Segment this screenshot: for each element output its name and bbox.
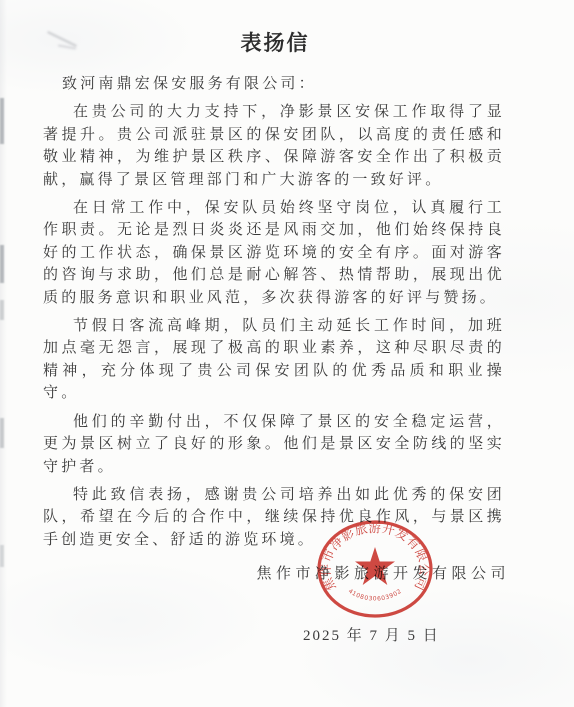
letter-title: 表扬信 — [0, 27, 550, 57]
scanned-letter-page: 表扬信 致河南鼎宏保安服务有限公司： 在贵公司的大力支持下，净影景区安保工作取得… — [0, 0, 574, 707]
letter-paragraph: 特此致信表扬，感谢贵公司培养出如此优秀的保安团队，希望在今后的合作中，继续保持优… — [43, 484, 505, 551]
letter-body: 致河南鼎宏保安服务有限公司： 在贵公司的大力支持下，净影景区安保工作取得了显著提… — [43, 73, 505, 557]
signature-company-name: 焦作市净影旅游开发有限公司 — [43, 562, 510, 583]
seal-serial-number: 4108030603902 — [347, 588, 403, 603]
letter-paragraph: 在贵公司的大力支持下，净影景区安保工作取得了显著提升。贵公司派驻景区的保安团队，… — [43, 101, 505, 191]
scan-edge-mark — [0, 545, 4, 567]
scan-edge-mark — [0, 245, 4, 283]
letter-salutation: 致河南鼎宏保安服务有限公司： — [43, 73, 505, 95]
scan-edge-mark — [0, 418, 4, 448]
letter-paragraph: 他们的辛勤付出，不仅保障了景区的安全稳定运营，更为景区树立了良好的形象。他们是景… — [43, 411, 505, 478]
scan-edge-mark — [0, 98, 4, 144]
letter-date: 2025 年 7 月 5 日 — [303, 624, 440, 645]
letter-paragraph: 节假日客流高峰期，队员们主动延长工作时间，加班加点毫无怨言，展现了极高的职业素养… — [43, 315, 505, 405]
letter-paragraph: 在日常工作中，保安队员始终坚守岗位，认真履行工作职责。无论是烈日炎炎还是风雨交加… — [43, 197, 505, 309]
svg-text:4108030603902: 4108030603902 — [347, 588, 403, 603]
scan-edge-mark — [0, 300, 4, 320]
